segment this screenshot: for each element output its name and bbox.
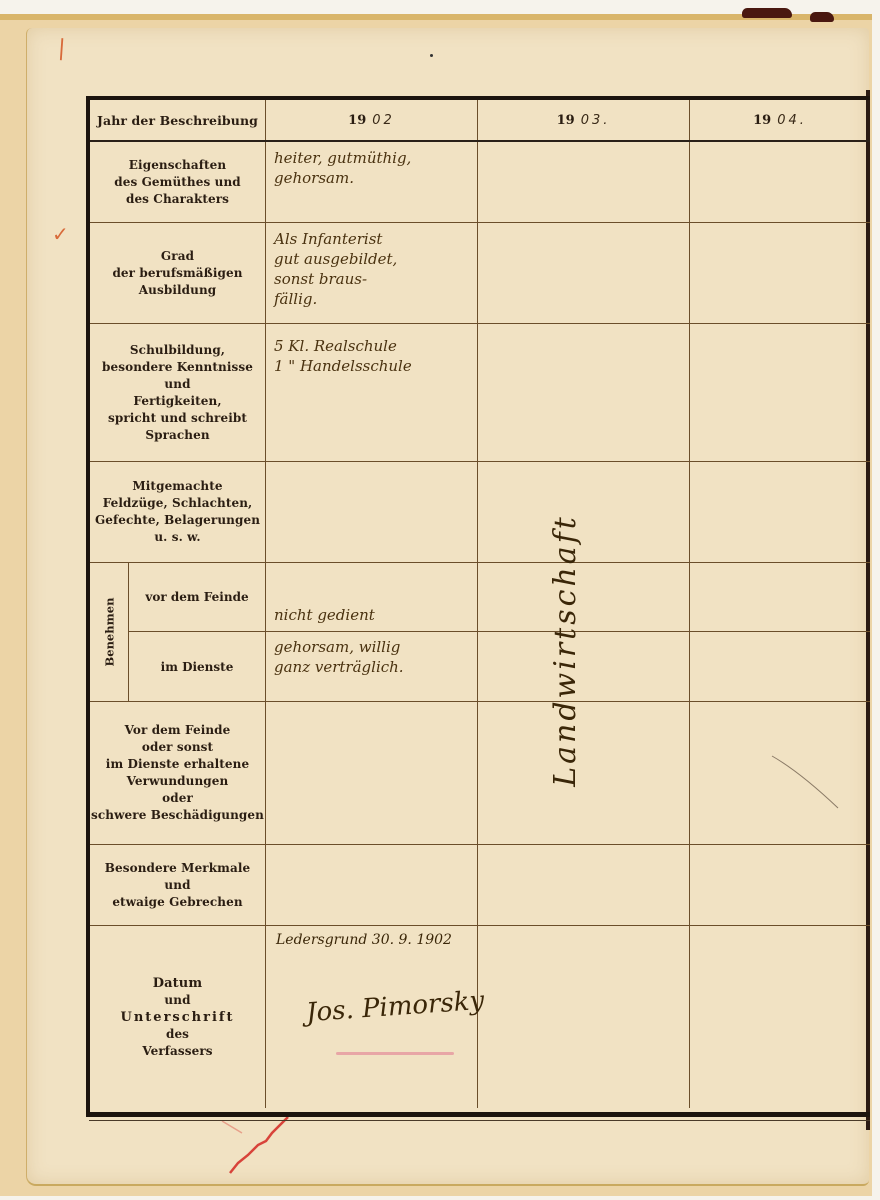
ink-stain [810,12,834,22]
header-label: Jahr der Beschreibung [90,100,265,140]
row-conduct: Benehmen vor dem Feinde im Dienste nicht… [90,563,870,702]
signature-underline [336,1052,454,1055]
handwritten-entry-1902-in-service: gehorsam, willig ganz verträglich. [274,637,473,677]
red-pencil-checkmark: ✓ [52,222,69,246]
row-features: Besondere Merkmale und etwaige Gebrechen [90,845,870,926]
place-and-date: Ledersgrund 30. 9. 1902 [276,932,452,948]
ink-stain [742,8,792,18]
signature: Jos. Pimorsky [305,986,485,1028]
row-campaigns: Mitgemachte Feldzüge, Schlachten, Gefech… [90,462,870,563]
row-label: Mitgemachte Feldzüge, Schlachten, Gefech… [90,462,265,562]
row-label: Eigenschaften des Gemüthes und des Chara… [90,142,265,222]
row-label: Besondere Merkmale und etwaige Gebrechen [90,845,265,925]
row-education: Schulbildung, besondere Kenntnisse und F… [90,324,870,462]
handwritten-entry-1902: Als Infanterist gut ausgebildet, sonst b… [274,229,473,309]
ink-dot [430,54,433,57]
row-label: Schulbildung, besondere Kenntnisse und F… [90,324,265,461]
year-1903: 19 03. [478,100,689,140]
row-label: Vor dem Feinde oder sonst im Dienste erh… [90,702,265,844]
qualification-form-table: Jahr der Beschreibung 19 02 19 03. 19 04… [86,96,870,1117]
header-row: Jahr der Beschreibung 19 02 19 03. 19 04… [90,100,870,142]
row-signature: Datum und Unterschrift des Verfassers Le… [90,926,870,1108]
row-character: Eigenschaften des Gemüthes und des Chara… [90,142,870,223]
vertical-handwritten-note-1903: Landwirtschaft [520,490,610,810]
year-1902: 19 02 [266,100,477,140]
year-1904: 19 04. [690,100,870,140]
conduct-group-label: Benehmen [90,563,129,701]
conduct-in-service-label: im Dienste [128,632,266,701]
handwritten-entry-1902: heiter, gutmüthig, gehorsam. [274,148,473,188]
row-label: Grad der berufsmäßigen Ausbildung [90,223,265,323]
handwritten-entry-1902-before-enemy: nicht gedient [274,605,473,625]
handwritten-entry-1902: 5 Kl. Realschule 1 " Handelsschule [274,336,473,376]
row-label: Datum und Unterschrift des Verfassers [90,926,265,1108]
row-training: Grad der berufsmäßigen Ausbildung Als In… [90,223,870,324]
row-injuries: Vor dem Feinde oder sonst im Dienste erh… [90,702,870,845]
red-tear-mark [220,1115,290,1175]
conduct-before-enemy-label: vor dem Feinde [128,563,266,632]
pencil-stroke [770,752,840,812]
